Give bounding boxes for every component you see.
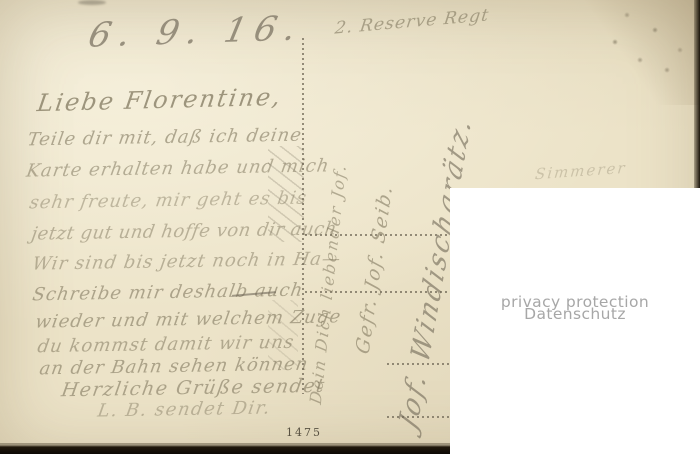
message-signature: L. B. sendet Dir. bbox=[96, 397, 273, 421]
photo-bottom-edge bbox=[0, 443, 455, 454]
faint-scribble: Simmerer bbox=[534, 159, 627, 184]
plate-number: 1475 bbox=[286, 426, 322, 439]
message-line: sehr freute, mir geht es bis bbox=[28, 188, 309, 214]
privacy-text-line2: Datenschutz bbox=[450, 308, 700, 320]
privacy-text: privacy protection Datenschutz bbox=[450, 296, 700, 320]
message-salutation: Liebe Florentine, bbox=[35, 83, 284, 117]
message-line: du kommst damit wir uns bbox=[36, 332, 296, 357]
corner-stain bbox=[585, 0, 700, 105]
message-closing: Herzliche Grüße sendet bbox=[60, 375, 327, 402]
pencil-hatch-marks bbox=[268, 300, 298, 370]
message-line: Wir sind bis jetzt noch in Ha— bbox=[31, 248, 343, 274]
handwritten-date: 6. 9. 16. bbox=[85, 8, 308, 55]
divider-dotted-line bbox=[302, 38, 304, 394]
regiment-annotation: 2. Reserve Regt bbox=[334, 5, 491, 38]
privacy-overlay-box: privacy protection Datenschutz bbox=[450, 188, 700, 454]
pencil-hatch-marks bbox=[268, 146, 304, 242]
message-line: Teile dir mit, daß ich deine bbox=[26, 125, 304, 151]
photo-right-edge bbox=[694, 0, 700, 192]
top-smudge bbox=[78, 0, 106, 5]
postcard-scan: 6. 9. 16. 2. Reserve Regt Liebe Florenti… bbox=[0, 0, 700, 454]
sideways-note: Gefr. Jof. Seib. bbox=[352, 182, 397, 357]
